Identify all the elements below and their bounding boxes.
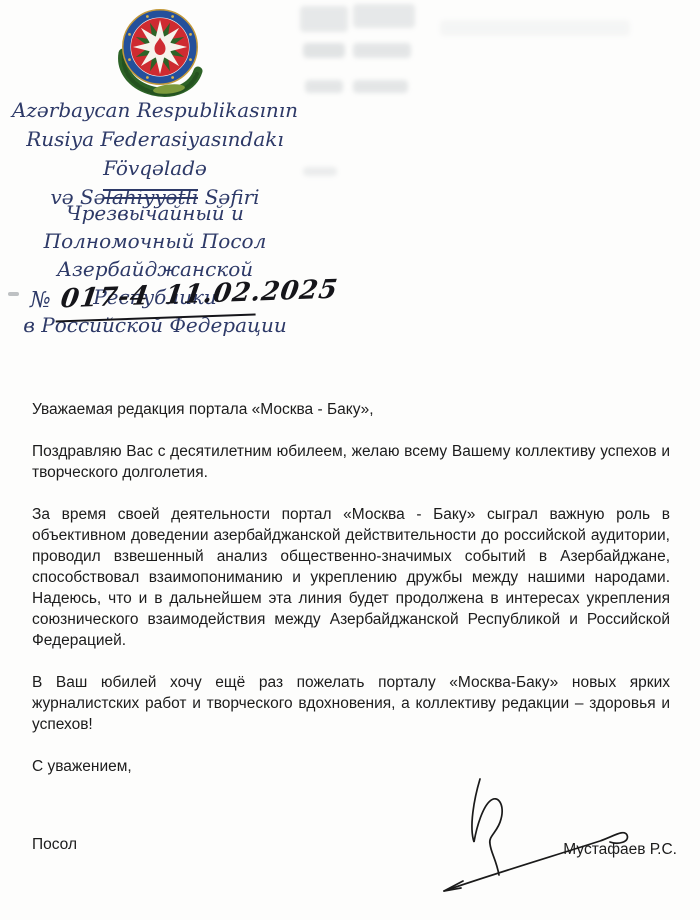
letter-body: Уважаемая редакция портала «Москва - Бак… <box>32 399 670 798</box>
ambassador-signature <box>430 765 680 905</box>
letterhead-divider <box>103 189 198 199</box>
paragraph: Поздравляю Вас с десятилетним юбилеем, ж… <box>32 441 670 483</box>
scan-artifact <box>305 80 343 93</box>
signer-name: Мустафаев Р.С. <box>563 841 677 859</box>
letterhead-line: Azərbaycan Respublikasının <box>0 96 310 125</box>
scanned-letter-page: Azərbaycan Respublikasının Rusiya Federa… <box>0 0 700 920</box>
salutation: Уважаемая редакция портала «Москва - Бак… <box>32 399 670 420</box>
scan-artifact <box>353 4 415 28</box>
reference-underline: 017-4 11.02.2025 <box>54 278 255 323</box>
letterhead-line: Чрезвычайный и Полномочный Посол <box>0 199 310 255</box>
scan-artifact <box>353 43 411 58</box>
coat-of-arms-emblem <box>105 5 215 100</box>
paragraph: За время своей деятельности портал «Моск… <box>32 504 670 651</box>
letterhead-line: Rusiya Federasiyasındakı Fövqəladə <box>0 125 310 183</box>
signer-title: Посол <box>32 836 77 854</box>
scan-artifact <box>353 80 408 93</box>
paragraph: В Ваш юбилей хочу ещё раз пожелать порта… <box>32 672 670 735</box>
number-sign: № <box>30 288 51 313</box>
scan-artifact <box>440 20 630 36</box>
scan-artifact <box>300 6 348 32</box>
scan-artifact <box>303 43 345 58</box>
